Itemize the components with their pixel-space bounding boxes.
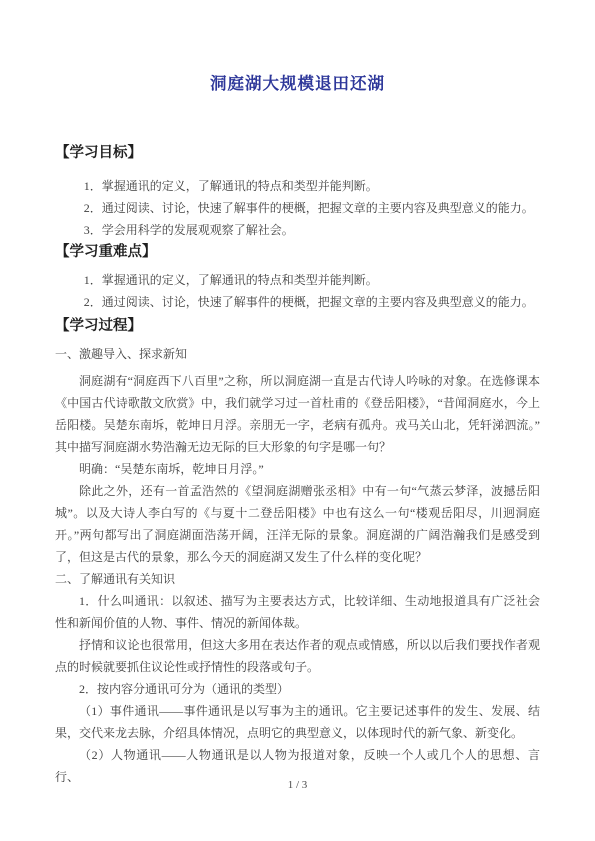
objective-item: 2．通过阅读、讨论，快速了解事件的梗概，把握文章的主要内容及典型意义的能力。 bbox=[55, 197, 540, 219]
process-part2-heading: 二、了解通讯有关知识 bbox=[55, 568, 540, 590]
document-title: 洞庭湖大规模退田还湖 bbox=[55, 72, 540, 96]
paragraph-lyric-discussion: 抒情和议论也很常用，但这大多用在表达作者的观点或情感，所以以后我们要找作者观点的… bbox=[55, 634, 540, 678]
objectives-list: 1．掌握通讯的定义，了解通讯的特点和类型并能判断。 2．通过阅读、讨论，快速了解… bbox=[55, 175, 540, 241]
section-heading-key-points: 【学习重难点】 bbox=[55, 241, 540, 263]
section-heading-process: 【学习过程】 bbox=[55, 315, 540, 337]
objective-item: 3．学会用科学的发展观观察了解社会。 bbox=[55, 219, 540, 241]
key-point-item: 2．通过阅读、讨论，快速了解事件的梗概，把握文章的主要内容及典型意义的能力。 bbox=[55, 291, 540, 313]
objective-item: 1．掌握通讯的定义，了解通讯的特点和类型并能判断。 bbox=[55, 175, 540, 197]
paragraph-intro: 洞庭湖有“洞庭西下八百里”之称，所以洞庭湖一直是古代诗人吟咏的对象。在选修课本《… bbox=[55, 370, 540, 458]
paragraph-answer: 明确：“吴楚东南坼，乾坤日月浮。” bbox=[55, 458, 540, 480]
paragraph-types-intro: 2．按内容分通讯可分为（通讯的类型） bbox=[55, 678, 540, 700]
page-number-indicator: 1 / 3 bbox=[0, 779, 595, 791]
section-heading-objectives: 【学习目标】 bbox=[55, 142, 540, 164]
document-page: 洞庭湖大规模退田还湖 【学习目标】 1．掌握通讯的定义，了解通讯的特点和类型并能… bbox=[0, 0, 595, 841]
key-points-list: 1．掌握通讯的定义，了解通讯的特点和类型并能判断。 2．通过阅读、讨论，快速了解… bbox=[55, 269, 540, 313]
process-part1-heading: 一、激趣导入、探求新知 bbox=[55, 343, 540, 365]
key-point-item: 1．掌握通讯的定义，了解通讯的特点和类型并能判断。 bbox=[55, 269, 540, 291]
paragraph-definition: 1．什么叫通讯：以叙述、描写为主要表达方式，比较详细、生动地报道具有广泛社会性和… bbox=[55, 590, 540, 634]
paragraph-poems: 除此之外，还有一首孟浩然的《望洞庭湖赠张丞相》中有一句“气蒸云梦泽，波撼岳阳城”… bbox=[55, 480, 540, 568]
paragraph-type-event: （1）事件通讯——事件通讯是以写事为主的通讯。它主要记述事件的发生、发展、结果，… bbox=[55, 700, 540, 744]
document-content: 洞庭湖大规模退田还湖 【学习目标】 1．掌握通讯的定义，了解通讯的特点和类型并能… bbox=[0, 72, 595, 788]
